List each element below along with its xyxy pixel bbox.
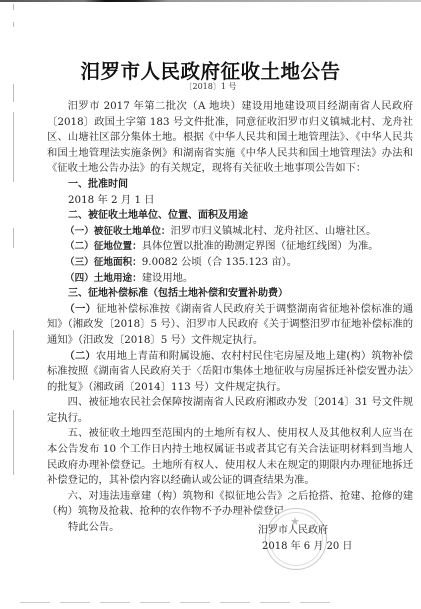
- paragraph-text: 农用地上青苗和附属设施、农村村民住宅房屋及地上建(构）筑物补偿标准按照《湖南省人…: [47, 350, 413, 393]
- document-page: 汨罗市人民政府征收土地公告 〔2018〕1 号 汨罗市 2017 年第二批次（A…: [0, 0, 421, 609]
- scan-mark: [13, 228, 14, 248]
- scan-mark: [13, 112, 14, 182]
- section-illegal-buildings: 六、对违法违章建（构）筑物和《拟征地公告》之后抢搭、抢建、抢修的建（构）筑物及抢…: [47, 489, 413, 520]
- section-registration: 五、被征收土地四至范围内的土地所有权人、使用权人及其他权利人应当在本公告发布 1…: [47, 426, 413, 488]
- item-text: 汨罗市归义镇城北村、龙舟社区、山塘社区。: [171, 225, 377, 237]
- paragraph-label: （二）: [65, 350, 96, 362]
- scan-mark: [13, 330, 14, 380]
- issuer-name: 汨罗市人民政府: [258, 523, 352, 539]
- section-heading-approval-time: 一、批准时间: [47, 177, 413, 193]
- scan-edge: [0, 0, 421, 2]
- document-body: 汨罗市 2017 年第二批次（A 地块）建设用地建设项目经湖南省人民政府〔201…: [47, 99, 413, 536]
- item-text: 具体位置以批准的勘测定界图（征地红线图）为准。: [142, 240, 379, 252]
- scan-mark: [13, 410, 14, 475]
- closing-statement: 特此公告。: [47, 520, 413, 536]
- page-title: 汨罗市人民政府征收土地公告: [0, 56, 421, 84]
- scan-edge-bottom: [20, 602, 340, 603]
- signature-block: 汨罗市人民政府 2018 年 6 月 20 日: [258, 523, 352, 555]
- land-item-unit: （一）被征收土地单位：汨罗市归义镇城北村、龙舟社区、山塘社区。: [47, 224, 413, 240]
- item-label: （四）土地用途：: [65, 273, 142, 284]
- section-heading-compensation: 三、征地补偿标准（包括土地补偿和安置补助费）: [47, 286, 413, 302]
- document-number: 〔2018〕1 号: [0, 81, 421, 92]
- scan-mark: [13, 22, 14, 27]
- paragraph-label: （一）: [65, 303, 97, 315]
- compensation-paragraph-1: （一）征地补偿标准按《湖南省人民政府关于调整湖南省征地补偿标准的通知》（湘政发〔…: [47, 302, 413, 349]
- item-label: （三）征地面积：: [65, 257, 142, 268]
- compensation-paragraph-2: （二）农用地上青苗和附属设施、农村村民住宅房屋及地上建(构）筑物补偿标准按照《湖…: [47, 349, 413, 396]
- item-text: 建设用地。: [142, 272, 193, 284]
- scan-mark: [13, 4, 14, 10]
- land-item-use: （四）土地用途：建设用地。: [47, 271, 413, 287]
- item-label: （二）征地位置：: [65, 241, 142, 252]
- land-item-area: （三）征地面积：9.0082 公顷（合 135.123 亩）。: [47, 255, 413, 271]
- issue-date: 2018 年 6 月 20 日: [258, 539, 352, 555]
- approval-date: 2018 年 2 月 1 日: [47, 193, 413, 209]
- item-text: 9.0082 公顷（合 135.123 亩）。: [142, 256, 297, 268]
- intro-paragraph: 汨罗市 2017 年第二批次（A 地块）建设用地建设项目经湖南省人民政府〔201…: [47, 99, 413, 177]
- section-social-security: 四、被征地农民社会保障按湖南省人民政府湘政办发〔2014〕31 号文件规定执行。: [47, 395, 413, 426]
- paragraph-text: 征地补偿标准按《湖南省人民政府关于调整湖南省征地补偿标准的通知》（湘政发〔201…: [47, 303, 413, 346]
- item-label: （一）被征收土地单位：: [65, 226, 171, 237]
- section-heading-land-info: 二、被征收土地单位、位置、面积及用途: [47, 208, 413, 224]
- land-item-location: （二）征地位置：具体位置以批准的勘测定界图（征地红线图）为准。: [47, 239, 413, 255]
